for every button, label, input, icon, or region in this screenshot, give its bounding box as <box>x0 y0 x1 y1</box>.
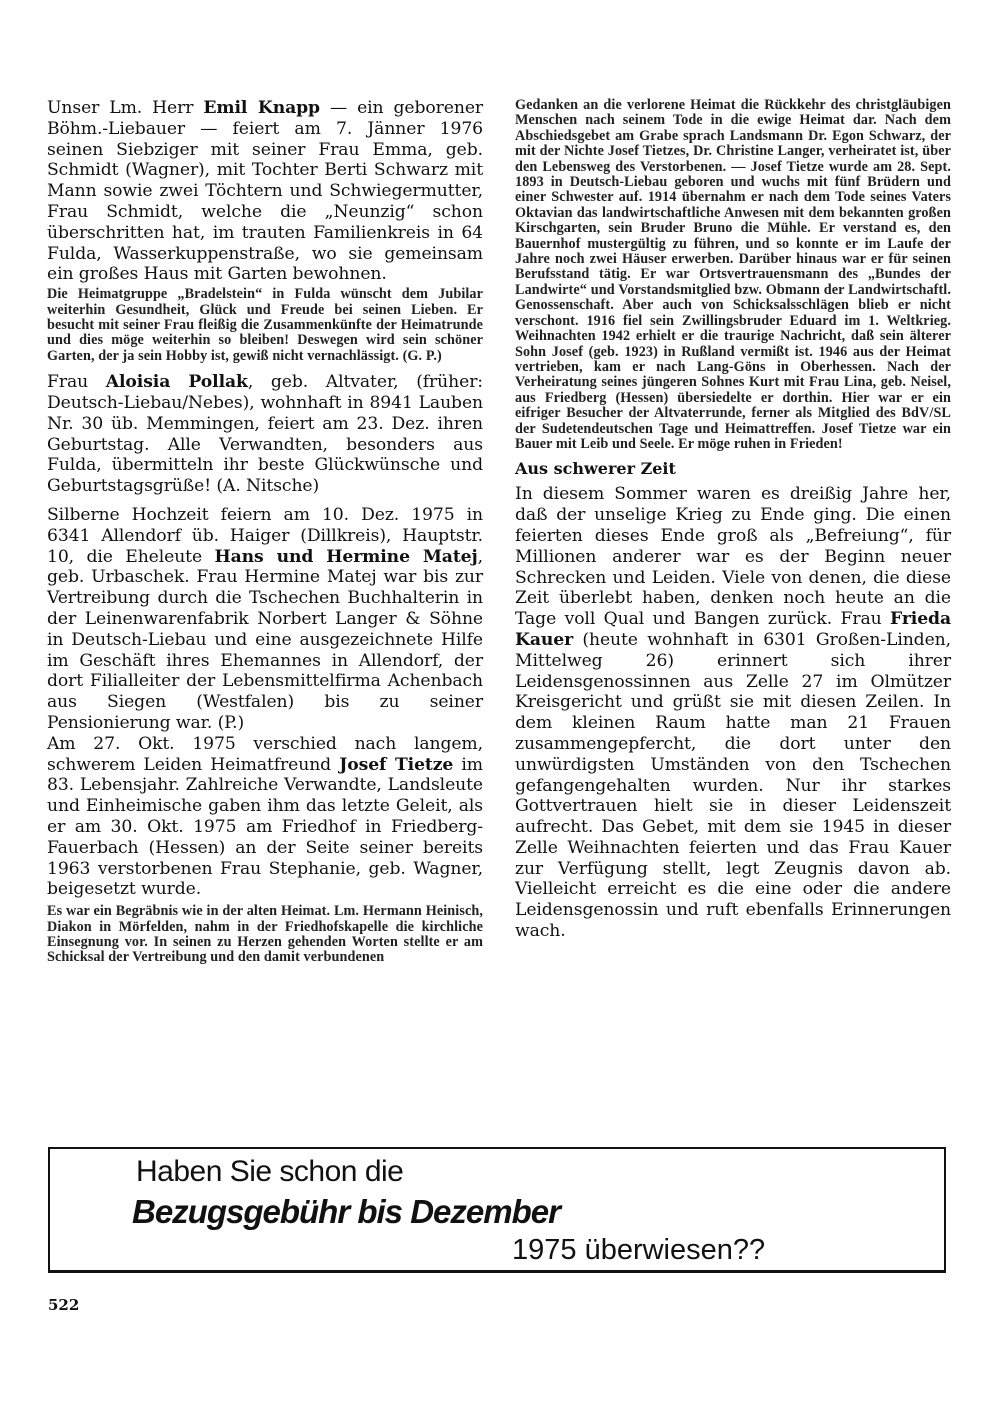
article-knapp: Unser Lm. Herr Emil Knapp — ein geborene… <box>47 98 483 285</box>
article-text: , geb. Urbaschek. Frau Hermine Matej war… <box>47 547 483 733</box>
article-text: im 83. Lebensjahr. Zahlreiche Verwandte,… <box>47 755 483 900</box>
section-heading: Aus schwerer Zeit <box>515 458 951 480</box>
note-knapp: Die Heimatgruppe „Bradelstein“ in Fulda … <box>47 287 483 364</box>
ad-line-2: Bezugsgebühr bis Dezember <box>132 1193 560 1231</box>
article-text: — ein geborener Böhm.-Liebauer — feiert … <box>47 98 483 284</box>
subscription-reminder-box: Haben Sie schon die Bezugsgebühr bis Dez… <box>48 1147 946 1273</box>
article-text: In diesem Sommer waren es dreißig Jahre … <box>515 484 951 629</box>
article-tietze: Am 27. Okt. 1975 verschied nach langem, … <box>47 734 483 900</box>
page-number: 522 <box>48 1296 79 1314</box>
person-name: Emil Knapp <box>203 98 320 118</box>
article-matej: Silberne Hochzeit feiern am 10. Dez. 197… <box>47 505 483 734</box>
article-text: Frau <box>47 372 106 392</box>
article-pollak: Frau Aloisia Pollak, geb. Altvater, (frü… <box>47 372 483 497</box>
ad-line-3: 1975 überwiesen?? <box>512 1234 765 1267</box>
article-text: (heute wohnhaft in 6301 Großen-Linden, M… <box>515 630 951 941</box>
person-name: Hans und Hermine Matej <box>214 547 477 567</box>
left-column: Unser Lm. Herr Emil Knapp — ein geborene… <box>47 98 483 966</box>
article-text: Unser Lm. Herr <box>47 98 203 118</box>
note-tietze: Es war ein Begräbnis wie in der alten He… <box>47 904 483 966</box>
person-name: Aloisia Pollak <box>106 372 248 392</box>
ad-line-1: Haben Sie schon die <box>136 1155 403 1189</box>
person-name: Josef Tietze <box>339 755 453 775</box>
article-kauer: In diesem Sommer waren es dreißig Jahre … <box>515 484 951 942</box>
newspaper-page: Unser Lm. Herr Emil Knapp — ein geborene… <box>0 0 1000 1413</box>
right-column: Gedanken an die verlorene Heimat die Rüc… <box>515 98 951 942</box>
note-tietze-continued: Gedanken an die verlorene Heimat die Rüc… <box>515 98 951 452</box>
